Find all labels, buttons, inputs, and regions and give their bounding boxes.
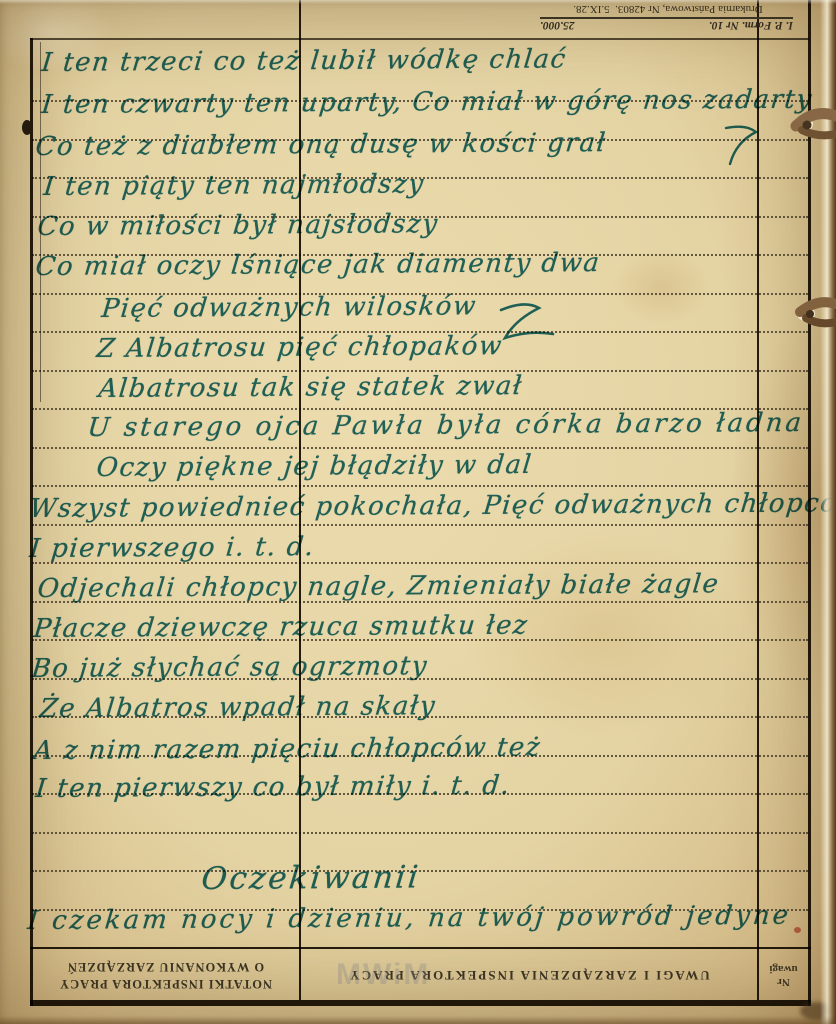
handwritten-line: Z Albatrosu pięć chłopaków	[95, 329, 504, 366]
ruled-line	[32, 832, 808, 834]
scanned-notebook-page: Drukarnia Państwowa, Nr 42803. 5.IX.28. …	[0, 0, 836, 1024]
printer-imprint: Drukarnia Państwowa, Nr 42803. 5.IX.28.	[548, 3, 788, 15]
watermark: MWiM	[336, 958, 430, 992]
handwritten-line: I ten trzeci co też lubił wódkę chlać	[40, 42, 568, 80]
ink-flourish	[722, 122, 762, 170]
red-stain	[794, 927, 801, 933]
handwritten-line: I pierwszego i. t. d.	[28, 530, 316, 566]
handwritten-closing-line: I czekam nocy i dzieniu, na twój powród …	[26, 899, 793, 938]
handwritten-line: Co w miłości był najsłodszy	[36, 207, 440, 244]
copies-count: 25.000.	[540, 19, 575, 31]
handwritten-line: Pięć odważnych wilosków	[100, 289, 478, 326]
form-number-row: I. P. Form. Nr 10. 25.000.	[540, 19, 793, 31]
handwritten-line: U starego ojca Pawła była córka barzo ła…	[86, 406, 806, 445]
handwritten-line: Że Albatros wpadł na skały	[38, 689, 438, 726]
footer-right-line1: Nr	[777, 975, 790, 988]
binding-twine	[788, 92, 836, 182]
handwritten-title: Oczekiwanii	[200, 860, 422, 896]
footer-right-line2: uwagi	[769, 962, 797, 975]
handwritten-line: Co też z diabłem oną dusę w kości grał	[34, 126, 608, 164]
handwritten-line: Odjechali chłopcy nagle, Zmieniały białe…	[36, 567, 721, 606]
handwritten-line: Bo już słychać są ogrzmoty	[30, 649, 429, 686]
handwritten-line: I ten pierwszy co był miły i. t. d.	[34, 769, 512, 806]
footer-left-line2: O WYKONANIU ZARZĄDZEŃ	[67, 958, 264, 975]
handwritten-line: Wszyst powiednieć pokochała, Pięć odważn…	[28, 486, 836, 526]
handwritten-line: Płacze dziewczę rzuca smutku łez	[32, 609, 530, 646]
handwritten-line: A z nim razem pięciu chłopców też	[32, 730, 543, 768]
footer-header-line	[30, 947, 811, 949]
frame-top-line	[30, 38, 809, 40]
binding-twine	[790, 268, 836, 352]
page-top-edge	[0, 0, 836, 4]
frame-bottom-line	[30, 1000, 811, 1006]
ink-flourish	[495, 300, 565, 344]
handwritten-line: Co miał oczy lśniące jak diamenty dwa	[34, 246, 602, 284]
form-number: I. P. Form. Nr 10.	[709, 19, 793, 31]
handwritten-line: Albatrosu tak się statek zwał	[97, 369, 525, 406]
handwritten-line: Oczy piękne jej błądziły w dal	[95, 448, 534, 485]
page-bottom-edge	[0, 1016, 836, 1024]
footer-right-header: Nr uwagi	[760, 950, 807, 1000]
footer-left-line1: NOTATKI INSPEKTORA PRACY	[59, 975, 272, 992]
handwritten-line: I ten piąty ten najmłodszy	[42, 167, 426, 204]
handwritten-line: I ten czwarty ten uparty, Co miał w górę…	[40, 83, 814, 122]
ink-blot	[22, 120, 32, 135]
footer-left-header: NOTATKI INSPEKTORA PRACY O WYKONANIU ZAR…	[33, 950, 298, 1000]
